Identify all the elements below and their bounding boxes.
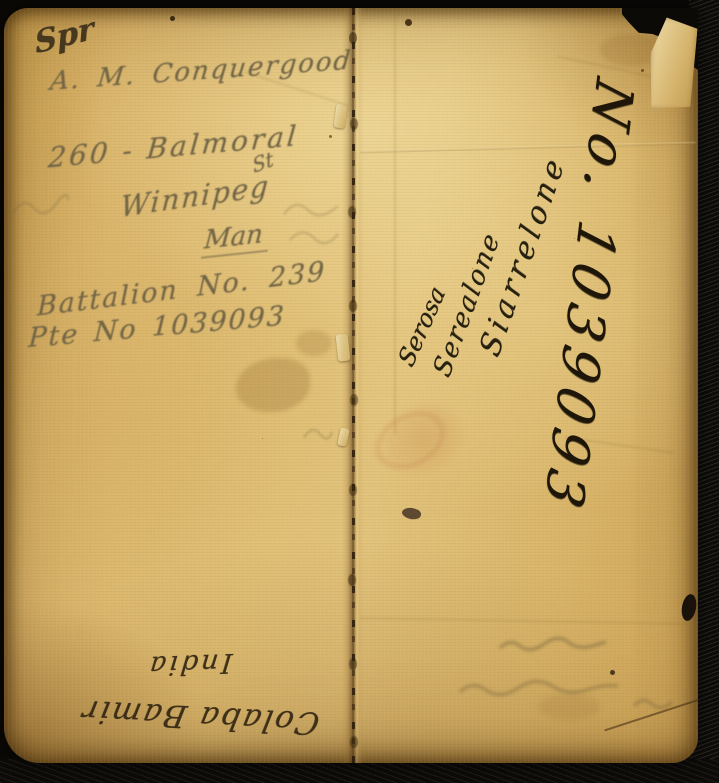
crease-line [360,142,696,154]
notebook-spread: Spr A. M. Conquergood 260 - Balmoral St … [4,8,698,763]
brown-stain [538,694,600,720]
ink-blot-edge [680,593,698,622]
brown-stain [236,358,310,412]
ghost-pencil-mark [280,196,342,252]
ghost-pencil-mark [300,422,334,446]
faint-smudge [630,692,674,712]
address-province: Man [201,218,270,258]
binding-stitch-holes [349,32,357,44]
dirt-specks [170,16,175,21]
fingerprint-stain [348,368,498,510]
inverted-place-line: Colaba Bamir [43,683,325,749]
faint-smudge [496,634,608,656]
owner-name: A. M. Conquergood [49,45,354,96]
binding-stitch-line [352,8,355,763]
faint-smudge [456,674,621,700]
notebook-scan: Spr A. M. Conquergood 260 - Balmoral St … [0,0,719,783]
dark-blot [401,506,422,522]
vertical-service-number: No. 1039093 [532,72,644,522]
scanner-background: { "scan": { "background_color": "#0c0a07… [0,0,719,783]
rank-mark: Spr [33,11,95,62]
ghost-pencil-mark [12,192,70,220]
brown-stain [296,330,332,356]
inverted-country-line: India [46,638,235,693]
crack-line [604,699,700,732]
address-city: Winnipeg [120,169,272,224]
crease-line [394,14,396,434]
crease-line [360,617,690,625]
inverted-writing-block: Colaba Bamir India [47,622,329,745]
